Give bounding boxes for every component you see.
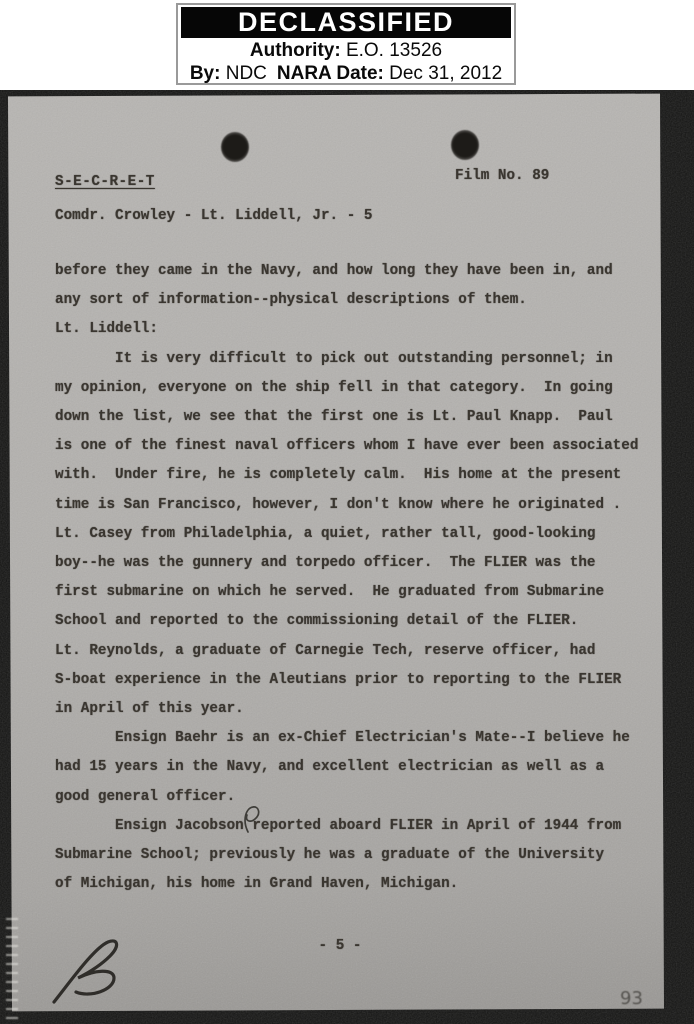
typed-line: my opinion, everyone on the ship fell in… (55, 374, 638, 403)
typed-line: down the list, we see that the first one… (55, 403, 638, 432)
page-number: - 5 - (0, 938, 680, 954)
typed-line: Submarine School; previously he was a gr… (55, 841, 638, 870)
declassified-stamp: DECLASSIFIED Authority: E.O. 13526 By: N… (176, 3, 516, 85)
typed-line: Lt. Casey from Philadelphia, a quiet, ra… (55, 520, 638, 549)
document-body: before they came in the Navy, and how lo… (55, 257, 638, 899)
corner-page-stamp: 93 (620, 988, 643, 1009)
typed-line: time is San Francisco, however, I don't … (55, 491, 638, 520)
film-number: Film No. 89 (455, 168, 549, 184)
typed-line: S-boat experience in the Aleutians prior… (55, 666, 638, 695)
typed-line: had 15 years in the Navy, and excellent … (55, 753, 638, 782)
scan-edge-streaks (6, 918, 18, 1024)
nara-date-label: NARA Date: (277, 63, 384, 84)
typed-line: in April of this year. (55, 695, 638, 724)
typed-line: good general officer. (55, 783, 638, 812)
classification-marking: S-E-C-R-E-T (55, 174, 155, 190)
authority-value: E.O. 13526 (346, 40, 442, 61)
authority-label: Authority: (250, 40, 341, 61)
typed-line: School and reported to the commissioning… (55, 607, 638, 636)
by-value: NDC (226, 63, 267, 84)
by-date-line: By: NDCNARA Date: Dec 31, 2012 (178, 62, 514, 85)
typed-line: with. Under fire, he is completely calm.… (55, 461, 638, 490)
document-scan: S-E-C-R-E-T Film No. 89 Comdr. Crowley -… (0, 90, 694, 1024)
by-label: By: (190, 63, 221, 84)
typed-line: is one of the finest naval officers whom… (55, 432, 638, 461)
nara-date-value: Dec 31, 2012 (389, 63, 502, 84)
typed-line: boy--he was the gunnery and torpedo offi… (55, 549, 638, 578)
declassified-banner-title: DECLASSIFIED (181, 7, 511, 38)
typed-line: It is very difficult to pick out outstan… (55, 345, 638, 374)
typed-line: Lt. Reynolds, a graduate of Carnegie Tec… (55, 637, 638, 666)
typed-line: first submarine on which he served. He g… (55, 578, 638, 607)
typed-line: of Michigan, his home in Grand Haven, Mi… (55, 870, 638, 899)
hole-punch-left (221, 132, 249, 162)
typed-line: before they came in the Navy, and how lo… (55, 257, 638, 286)
hole-punch-right (451, 130, 479, 160)
document-heading: Comdr. Crowley - Lt. Liddell, Jr. - 5 (55, 208, 372, 224)
screenshot-root: { "declassified_stamp": { "title": "DECL… (0, 0, 694, 1024)
typed-line: Lt. Liddell: (55, 315, 638, 344)
authority-line: Authority: E.O. 13526 (178, 39, 514, 62)
typed-line: any sort of information--physical descri… (55, 286, 638, 315)
typed-line: Ensign Baehr is an ex-Chief Electrician'… (55, 724, 638, 753)
typed-line: Ensign Jacobson reported aboard FLIER in… (55, 812, 638, 841)
